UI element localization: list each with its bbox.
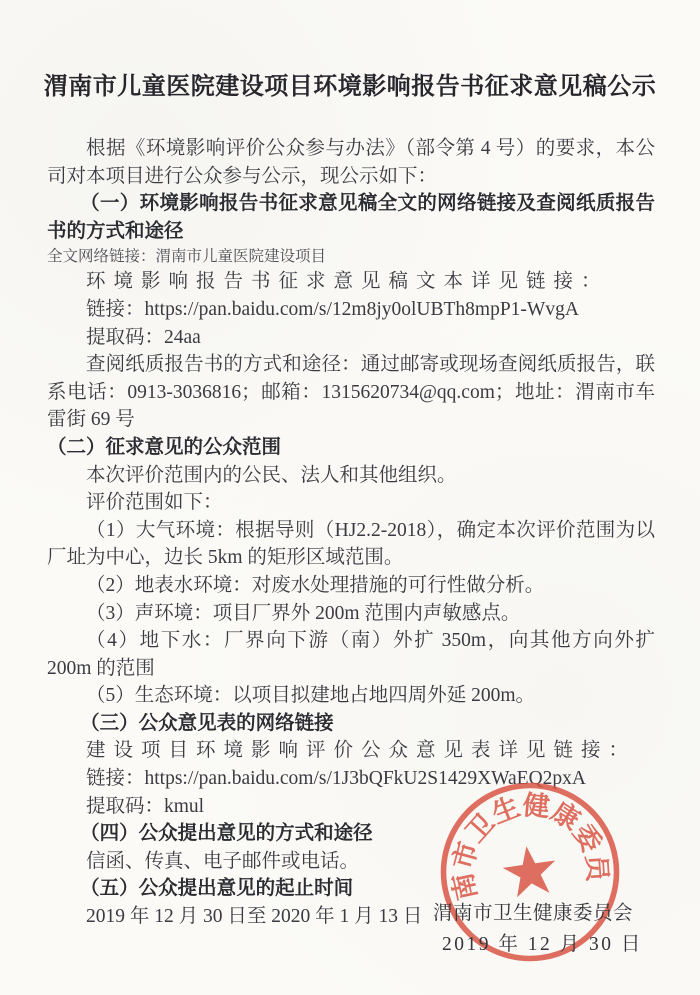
document-body: 根据《环境影响评价公众参与办法》（部令第 4 号）的要求，本公司对本项目进行公众… (47, 135, 655, 931)
section-3-heading: （三）公众意见表的网络链接 (47, 710, 655, 738)
opinion-form-link-url: 链接：https://pan.baidu.com/s/1J3bQFkU2S142… (47, 765, 655, 793)
fulltext-link-note: 全文网络链接：渭南市儿童医院建设项目 (47, 245, 655, 268)
document-title: 渭南市儿童医院建设项目环境影响报告书征求意见稿公示 (0, 66, 700, 101)
signature-organization: 渭南市卫生健康委员会 (433, 897, 633, 925)
scope-list-intro: 评价范围如下： (47, 489, 655, 517)
scope-item-surface-water: （2）地表水环境：对废水处理措施的可行性做分析。 (47, 572, 655, 600)
opinion-form-link-intro: 建设项目环境影响评价公众意见表详见链接： (47, 737, 655, 765)
scanned-notice-page: 渭南市儿童医院建设项目环境影响报告书征求意见稿公示 根据《环境影响评价公众参与办… (0, 0, 700, 995)
section-1-heading: （一）环境影响报告书征求意见稿全文的网络链接及查阅纸质报告书的方式和途径 (47, 190, 655, 245)
scope-item-air: （1）大气环境：根据导则（HJ2.2-2018），确定本次评价范围为以厂址为中心… (47, 517, 655, 572)
report-extract-code: 提取码：24aa (47, 324, 655, 352)
scope-item-noise: （3）声环境：项目厂界外 200m 范围内声敏感点。 (47, 600, 655, 628)
report-link-url: 链接：https://pan.baidu.com/s/12m8jy0olUBTh… (47, 296, 655, 324)
paper-report-access-info: 查阅纸质报告书的方式和途径：通过邮寄或现场查阅纸质报告，联系电话：0913-30… (47, 351, 655, 434)
scope-item-ecology: （5）生态环境：以项目拟建地占地四周外延 200m。 (47, 682, 655, 710)
report-link-intro: 环境影响报告书征求意见稿文本详见链接： (47, 268, 655, 296)
public-scope-text: 本次评价范围内的公民、法人和其他组织。 (47, 462, 655, 490)
scope-item-groundwater: （4）地下水：厂界向下游（南）外扩 350m，向其他方向外扩 200m 的范围 (47, 627, 655, 682)
section-4-heading: （四）公众提出意见的方式和途径 (47, 820, 655, 848)
feedback-methods-text: 信函、传真、电子邮件或电话。 (47, 848, 655, 876)
opinion-form-extract-code: 提取码：kmul (47, 793, 655, 821)
signature-date: 2019 年 12 月 30 日 (442, 928, 643, 956)
paragraph-intro: 根据《环境影响评价公众参与办法》（部令第 4 号）的要求，本公司对本项目进行公众… (47, 135, 655, 190)
section-2-heading: （二）征求意见的公众范围 (47, 434, 655, 462)
